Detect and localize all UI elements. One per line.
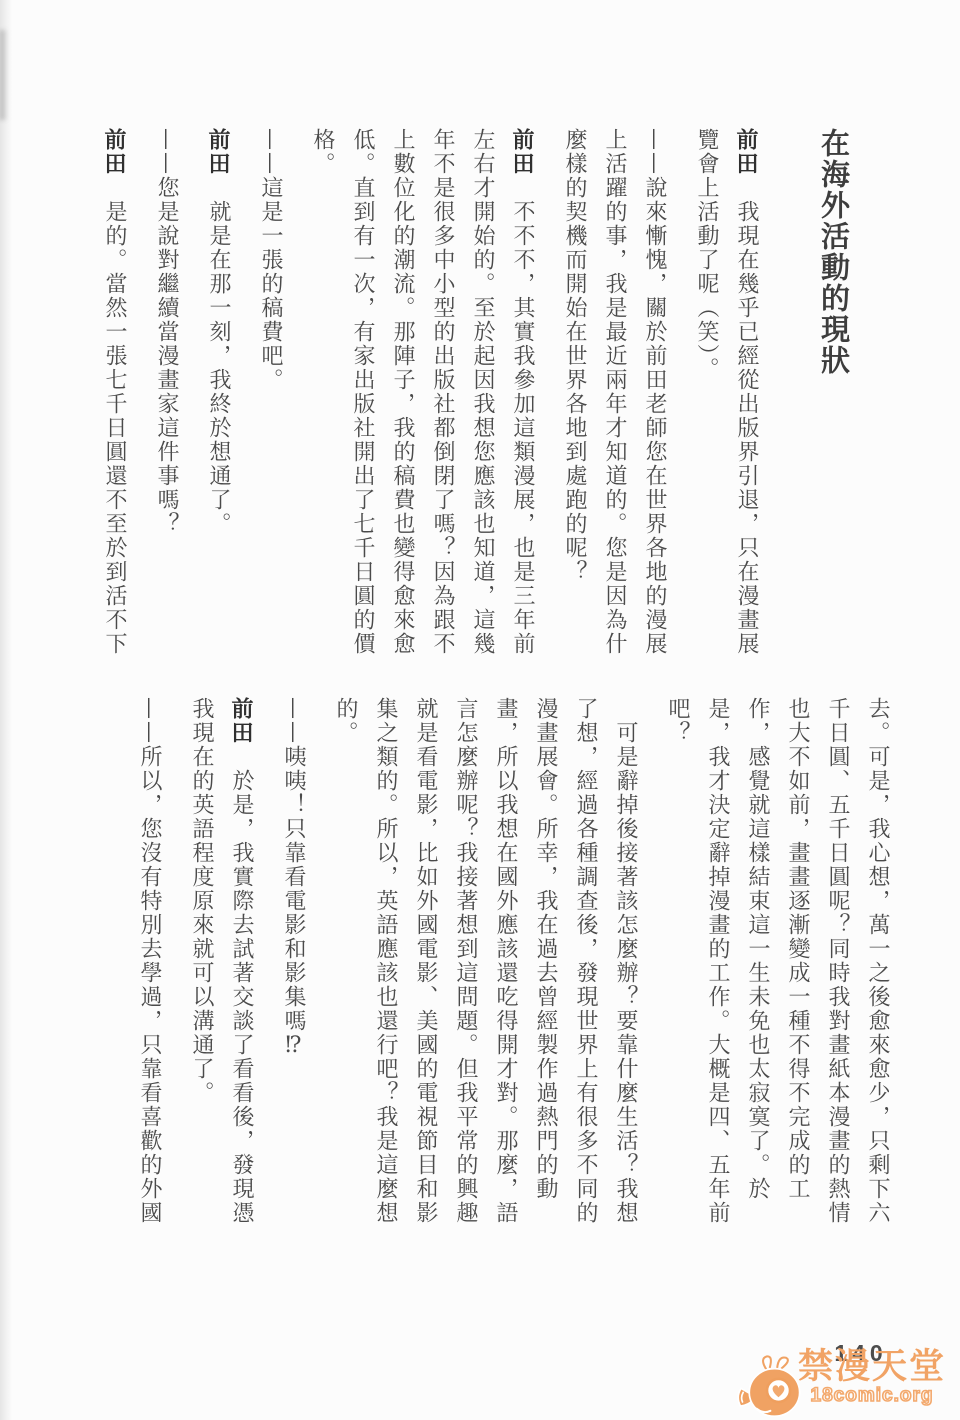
dialogue-paragraph: 可是辭掉後接著該怎麼辦？要靠什麼生活？我想了想，經過各種調查後，發現世界上有很多… (325, 697, 645, 1237)
dialogue-paragraph: ——說來慚愧，關於前田老師您在世界各地的漫展上活躍的事，我是最近兩年才知道的。您… (554, 128, 674, 668)
watermark: 禁漫天堂 18comic.org (735, 1349, 946, 1420)
dialogue-paragraph: ——所以，您沒有特別去學過，只靠看喜歡的外國 (129, 697, 169, 1237)
speaker-label: 前田 (205, 128, 231, 176)
book-page: 在海外活動的現狀 前田 我現在幾乎已經從出版界引退，只在漫畫展覽會上活動了呢（笑… (0, 0, 960, 1420)
whale-mascot-icon (735, 1354, 803, 1420)
interview-bottom-band: 去。可是，我心想，萬一之後愈來愈少，只剩下六千日圓、五千日圓呢？同時我對畫紙本漫… (117, 697, 897, 1237)
watermark-site-name: 禁漫天堂 (798, 1349, 946, 1386)
speaker-label: 前田 (733, 128, 759, 176)
scan-corner-smudge (0, 30, 8, 120)
speaker-label: 前田 (228, 697, 254, 745)
dialogue-paragraph: 前田 是的。當然一張七千日圓還不至於到活不下 (94, 128, 134, 668)
speaker-label: 前田 (101, 128, 127, 176)
dialogue-paragraph: ——這是一張的稿費吧。 (250, 128, 290, 668)
interview-top-band: 在海外活動的現狀 前田 我現在幾乎已經從出版界引退，只在漫畫展覽會上活動了呢（笑… (82, 128, 852, 668)
dialogue-paragraph: 前田 我現在幾乎已經從出版界引退，只在漫畫展覽會上活動了呢（笑）。 (686, 128, 766, 668)
scan-edge-shadow (0, 0, 12, 1420)
dialogue-paragraph: 前田 不不不，其實我參加這類漫展，也是三年前左右才開始的。至於起因我想您應該也知… (302, 128, 542, 668)
watermark-text: 禁漫天堂 18comic.org (798, 1349, 946, 1407)
dialogue-paragraph: ——咦咦！只靠看電影和影集嗎⁉ (273, 697, 313, 1237)
section-title: 在海外活動的現狀 (816, 128, 852, 668)
watermark-site-url: 18comic.org (811, 1385, 934, 1407)
top-paragraphs: 前田 我現在幾乎已經從出版界引退，只在漫畫展覽會上活動了呢（笑）。——說來慚愧，… (94, 128, 766, 668)
dialogue-paragraph: 前田 於是，我實際去試著交談了看看後，發現憑我現在的英語程度原來就可以溝通了。 (181, 697, 261, 1237)
dialogue-paragraph: 去。可是，我心想，萬一之後愈來愈少，只剩下六千日圓、五千日圓呢？同時我對畫紙本漫… (657, 697, 897, 1237)
dialogue-paragraph: ——您是說對繼續當漫畫家這件事嗎？ (146, 128, 186, 668)
dialogue-paragraph: 前田 就是在那一刻，我終於想通了。 (198, 128, 238, 668)
speaker-label: 前田 (509, 128, 535, 176)
